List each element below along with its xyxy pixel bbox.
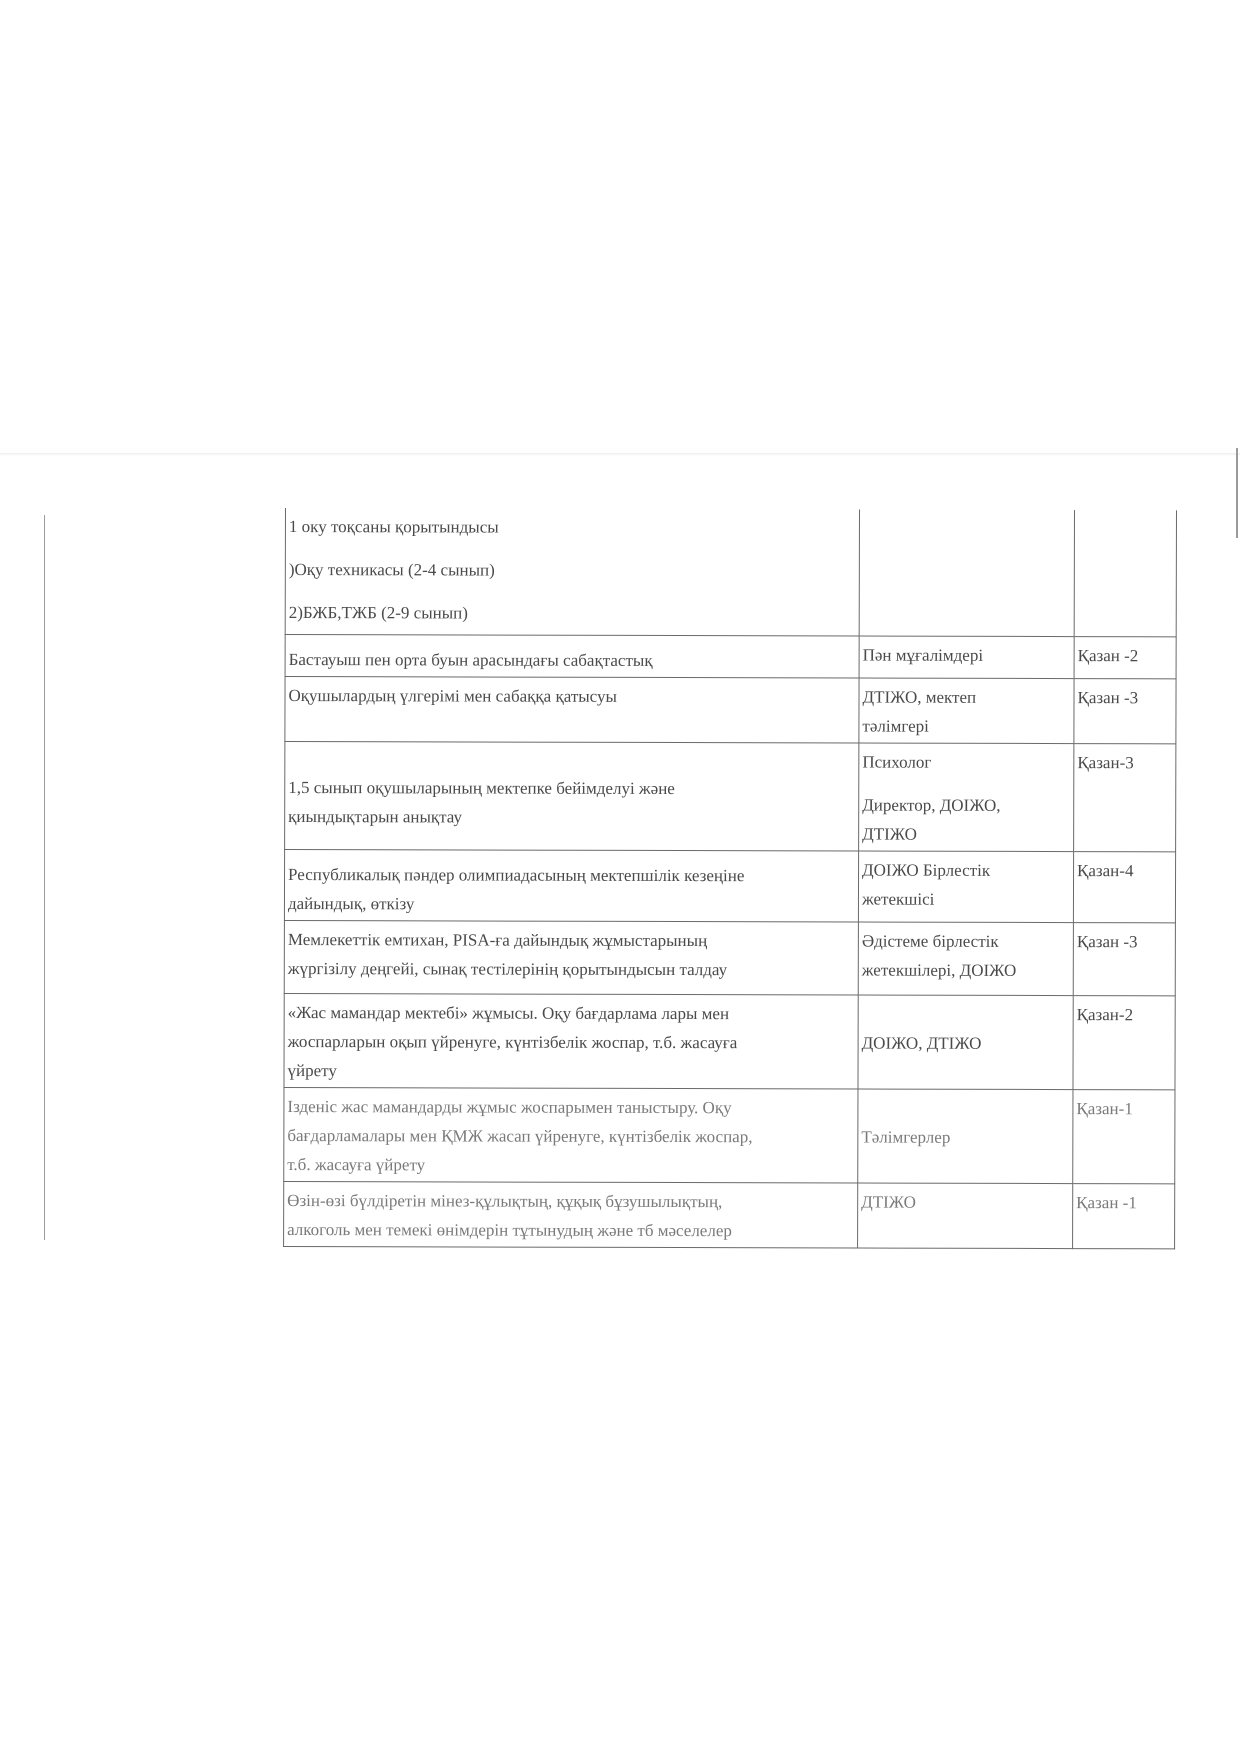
deadline-cell: Қазан -3 (1074, 679, 1176, 744)
deadline-cell (1074, 510, 1176, 637)
topic-line: 1,5 сынып оқушыларының мектепке бейімдел… (288, 773, 855, 803)
topic-line: жүргізілу деңгейі, сынақ тестілерінің қо… (288, 954, 855, 984)
responsible-line: Психолог (862, 748, 1070, 778)
deadline-cell: Қазан-2 (1073, 996, 1175, 1090)
responsible-cell: ДТІЖО (858, 1183, 1073, 1249)
margin-line (44, 515, 45, 1240)
responsible-line: ДОІЖО Бірлестік (862, 856, 1070, 886)
responsible-line: Директор, ДОІЖО, (862, 791, 1070, 821)
topic-line: Оқушылардың үлгерімі мен сабаққа қатысуы (288, 681, 855, 711)
responsible-line: ДТІЖО (861, 1188, 1069, 1218)
topic-cell: 1,5 сынып оқушыларының мектепке бейімдел… (285, 742, 859, 852)
deadline-cell: Қазан-4 (1073, 852, 1175, 923)
topic-cell: Республикалық пәндер олимпиадасының мект… (284, 850, 858, 923)
responsible-cell: Пән мұғалімдері (859, 636, 1074, 679)
topic-cell: Бастауыш пен орта буын арасындағы сабақт… (285, 635, 859, 679)
responsible-cell: Тәлімгерлер (858, 1089, 1073, 1184)
topic-line: Ізденіс жас мамандарды жұмыс жоспарымен … (287, 1092, 854, 1122)
responsible-line: ДОІЖО, ДТІЖО (862, 1029, 1070, 1059)
topic-line: )Оқу техникасы (2-4 сынып) (289, 555, 856, 585)
deadline-cell: Қазан -1 (1073, 1184, 1175, 1249)
scan-edge (0, 453, 1240, 456)
responsible-line: тәлімгері (862, 712, 1070, 742)
table-row: 1 оку тоқсаны қорытындысы )Оқу техникасы… (285, 508, 1176, 637)
responsible-line: Пән мұғалімдері (863, 641, 1071, 671)
responsible-line: ДТІЖО (862, 820, 1070, 850)
topic-line: Өзін-өзі бүлдіретін мінез-құлықтың, құқы… (287, 1186, 854, 1216)
responsible-line: жетекшісі (862, 885, 1070, 915)
responsible-cell: ДТІЖО, мектеп тәлімгері (859, 678, 1074, 744)
table-row: Оқушылардың үлгерімі мен сабаққа қатысуы… (285, 677, 1176, 744)
plan-table: 1 оку тоқсаны қорытындысы )Оқу техникасы… (283, 508, 1177, 1249)
topic-cell: Өзін-өзі бүлдіретін мінез-құлықтың, құқы… (284, 1181, 858, 1248)
table-row: 1,5 сынып оқушыларының мектепке бейімдел… (285, 742, 1176, 852)
table-row: Ізденіс жас мамандарды жұмыс жоспарымен … (284, 1087, 1175, 1183)
responsible-line: Әдістеме бірлестік (862, 927, 1070, 957)
topic-line: т.б. жасауға үйрету (287, 1150, 854, 1180)
topic-line: алкоголь мен темекі өнімдерін тұтынудың … (287, 1215, 854, 1245)
topic-line: Республикалық пәндер олимпиадасының мект… (288, 860, 855, 890)
responsible-cell (859, 510, 1074, 637)
responsible-cell: Психолог Директор, ДОІЖО, ДТІЖО (859, 743, 1074, 852)
topic-cell: «Жас мамандар мектебі» жұмысы. Оқу бағда… (284, 993, 858, 1089)
responsible-line: ДТІЖО, мектеп (862, 683, 1070, 713)
topic-line: «Жас мамандар мектебі» жұмысы. Оқу бағда… (288, 998, 855, 1028)
topic-line: Мемлекеттік емтихан, PISA-ға дайындық жұ… (288, 925, 855, 955)
table-row: Бастауыш пен орта буын арасындағы сабақт… (285, 635, 1176, 679)
responsible-cell: ДОІЖО Бірлестік жетекшісі (858, 851, 1073, 923)
topic-cell: Ізденіс жас мамандарды жұмыс жоспарымен … (284, 1087, 858, 1183)
topic-cell: 1 оку тоқсаны қорытындысы )Оқу техникасы… (285, 508, 859, 636)
responsible-line: Тәлімгерлер (861, 1123, 1069, 1153)
topic-line: дайындық, өткізу (288, 889, 855, 919)
table-row: Мемлекеттік емтихан, PISA-ға дайындық жұ… (284, 920, 1175, 995)
responsible-cell: Әдістеме бірлестік жетекшілері, ДОІЖО (858, 922, 1073, 996)
table-row: Республикалық пәндер олимпиадасының мект… (284, 850, 1175, 923)
responsible-cell: ДОІЖО, ДТІЖО (858, 995, 1073, 1090)
topic-line: 1 оку тоқсаны қорытындысы (289, 512, 856, 542)
responsible-line: жетекшілері, ДОІЖО (862, 956, 1070, 986)
topic-line: қиындықтарын анықтау (288, 802, 855, 832)
topic-cell: Оқушылардың үлгерімі мен сабаққа қатысуы (285, 677, 859, 744)
scan-edge-right (1236, 448, 1238, 538)
topic-cell: Мемлекеттік емтихан, PISA-ға дайындық жұ… (284, 920, 858, 995)
deadline-cell: Қазан -2 (1074, 637, 1176, 679)
deadline-cell: Қазан-3 (1074, 744, 1176, 852)
topic-line: Бастауыш пен орта буын арасындағы сабақт… (289, 639, 856, 675)
topic-line: үйрету (287, 1056, 854, 1086)
topic-line: бағдарламалары мен ҚМЖ жасап үйренуге, к… (287, 1121, 854, 1151)
topic-line: 2)БЖБ,ТЖБ (2-9 сынып) (289, 598, 856, 628)
topic-line: жоспарларын оқып үйренуге, күнтізбелік ж… (288, 1027, 855, 1057)
deadline-cell: Қазан-1 (1073, 1090, 1175, 1184)
table-row: Өзін-өзі бүлдіретін мінез-құлықтың, құқы… (284, 1181, 1175, 1248)
deadline-cell: Қазан -3 (1073, 923, 1175, 996)
table-row: «Жас мамандар мектебі» жұмысы. Оқу бағда… (284, 993, 1175, 1089)
